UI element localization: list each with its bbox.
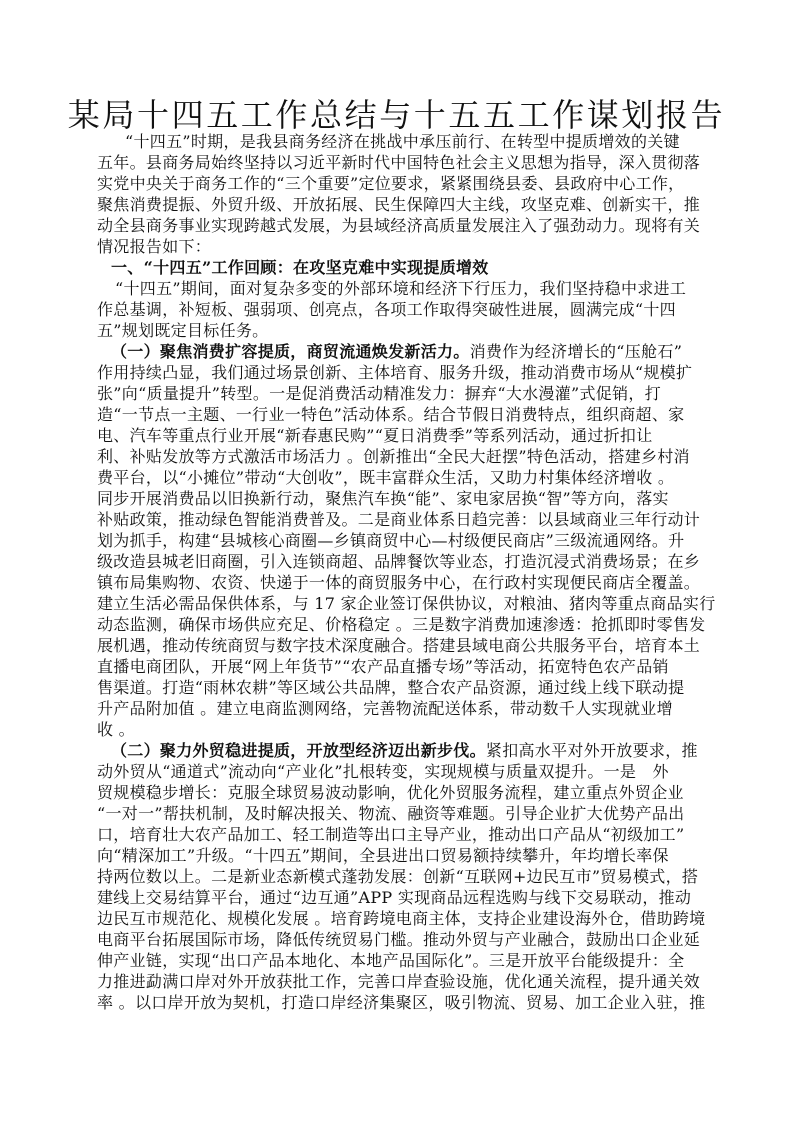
paragraph-line: 边民互市规范化、规模化发展 。培育跨境电商主体，支持企业建设海外仓，借助跨境 xyxy=(97,908,709,929)
paragraph-line: 动全县商务事业实现跨越式发展，为县域经济高质量发展注入了强劲动力。现将有关 xyxy=(97,215,709,236)
item-heading: （二）聚力外贸稳进提质，开放型经济迈出新步伐。 xyxy=(111,741,486,760)
item-2-paragraph: （二）聚力外贸稳进提质，开放型经济迈出新步伐。紧扣高水平对外开放要求，推 动外贸… xyxy=(97,740,709,1013)
paragraph-line: 同步开展消费品以旧换新行动，聚焦汽车换“能”、家电家居换“智”等方向，落实 xyxy=(97,488,709,509)
section-heading: 一、“十四五”工作回顾：在攻坚克难中实现提质增效 xyxy=(97,257,709,278)
paragraph-line: “十四五”时期，是我县商务经济在挑战中承压前行、在转型中提质增效的关键 xyxy=(97,131,709,152)
intro-paragraph: “十四五”时期，是我县商务经济在挑战中承压前行、在转型中提质增效的关键 五年。县… xyxy=(97,131,709,257)
paragraph-line: 费平台，以“小摊位”带动“大创收”，既丰富群众生活，又助力村集体经济增收 。 xyxy=(97,467,709,488)
paragraph-line: 向“精深加工”升级。“十四五”期间，全县进出口贸易额持续攀升，年均增长率保 xyxy=(97,845,709,866)
paragraph-line: 电、汽车等重点行业开展“新春惠民购”“夏日消费季”等系列活动，通过折扣让 xyxy=(97,425,709,446)
paragraph-line: （一）聚焦消费扩容提质，商贸流通焕发新活力。消费作为经济增长的“压舱石” xyxy=(97,341,709,362)
paragraph-line: 持两位数以上。二是新业态新模式蓬勃发展：创新“互联网+边民互市”贸易模式，搭 xyxy=(97,866,709,887)
paragraph-line: 率 。以口岸开放为契机，打造口岸经济集聚区，吸引物流、贸易、加工企业入驻，推 xyxy=(97,992,709,1013)
paragraph-line: 镇布局集购物、农资、快递于一体的商贸服务中心，在行政村实现便民商店全覆盖。 xyxy=(97,572,709,593)
paragraph-line: 力推进勐满口岸对外开放获批工作，完善口岸查验设施，优化通关流程，提升通关效 xyxy=(97,971,709,992)
paragraph-line: 贸规模稳步增长：克服全球贸易波动影响，优化外贸服务流程，建立重点外贸企业 xyxy=(97,782,709,803)
paragraph-line: 动态监测，确保市场供应充足、价格稳定 。三是数字消费加速渗透：抢抓即时零售发 xyxy=(97,614,709,635)
paragraph-line: 实党中央关于商务工作的“三个重要”定位要求，紧紧围绕县委、县政府中心工作， xyxy=(97,173,709,194)
paragraph-line: 电商平台拓展国际市场，降低传统贸易门槛。推动外贸与产业融合，鼓励出口企业延 xyxy=(97,929,709,950)
paragraph-line: “十四五”期间，面对复杂多变的外部环境和经济下行压力，我们坚持稳中求进工 xyxy=(97,278,709,299)
paragraph-line: 建线上交易结算平台，通过“边互通”APP 实现商品远程选购与线下交易联动，推动 xyxy=(97,887,709,908)
paragraph-line: 动外贸从“通道式”流动向“产业化”扎根转变，实现规模与质量双提升。一是 外 xyxy=(97,761,709,782)
paragraph-line: 作总基调，补短板、强弱项、创亮点，各项工作取得突破性进展，圆满完成“十四 xyxy=(97,299,709,320)
paragraph-line: 展机遇，推动传统商贸与数字技术深度融合。搭建县域电商公共服务平台，培育本土 xyxy=(97,635,709,656)
paragraph-line: 划为抓手，构建“县城核心商圈—乡镇商贸中心—村级便民商店”三级流通网络。升 xyxy=(97,530,709,551)
item-1-paragraph: （一）聚焦消费扩容提质，商贸流通焕发新活力。消费作为经济增长的“压舱石” 作用持… xyxy=(97,341,709,740)
paragraph-line: 收 。 xyxy=(97,719,709,740)
document-title: 某局十四五工作总结与十五五工作谋划报告 xyxy=(0,97,793,133)
paragraph-line: 伸产业链，实现“出口产品本地化、本地产品国际化”。三是开放平台能级提升：全 xyxy=(97,950,709,971)
paragraph-line: 五”规划既定目标任务。 xyxy=(97,320,709,341)
paragraph-line: 建立生活必需品保供体系，与 17 家企业签订保供协议，对粮油、猪肉等重点商品实行 xyxy=(97,593,709,614)
paragraph-line: 聚焦消费提振、外贸升级、开放拓展、民生保障四大主线，攻坚克难、创新实干，推 xyxy=(97,194,709,215)
paragraph-line: 作用持续凸显，我们通过场景创新、主体培育、服务升级，推动消费市场从“规模扩 xyxy=(97,362,709,383)
paragraph-line: 口，培育壮大农产品加工、轻工制造等出口主导产业，推动出口产品从“初级加工” xyxy=(97,824,709,845)
paragraph-line: 直播电商团队，开展“网上年货节”“农产品直播专场”等活动，拓宽特色农产品销 xyxy=(97,656,709,677)
paragraph-line: 售渠道。打造“雨林农耕”等区域公共品牌，整合农产品资源，通过线上线下联动提 xyxy=(97,677,709,698)
paragraph-text: 紧扣高水平对外开放要求，推 xyxy=(486,741,698,760)
paragraph-line: 升产品附加值 。建立电商监测网络，完善物流配送体系，带动数千人实现就业增 xyxy=(97,698,709,719)
paragraph-line: 张”向“质量提升”转型。一是促消费活动精准发力：摒弃“大水漫灌”式促销，打 xyxy=(97,383,709,404)
summary-paragraph: “十四五”期间，面对复杂多变的外部环境和经济下行压力，我们坚持稳中求进工 作总基… xyxy=(97,278,709,341)
paragraph-line: 五年。县商务局始终坚持以习近平新时代中国特色社会主义思想为指导，深入贯彻落 xyxy=(97,152,709,173)
paragraph-line: （二）聚力外贸稳进提质，开放型经济迈出新步伐。紧扣高水平对外开放要求，推 xyxy=(97,740,709,761)
document-body: “十四五”时期，是我县商务经济在挑战中承压前行、在转型中提质增效的关键 五年。县… xyxy=(97,131,709,1013)
paragraph-line: 利、补贴发放等方式激活市场活力 。创新推出“全民大赶摆”特色活动，搭建乡村消 xyxy=(97,446,709,467)
paragraph-line: “一对一”帮扶机制，及时解决报关、物流、融资等难题。引导企业扩大优势产品出 xyxy=(97,803,709,824)
item-heading: （一）聚焦消费扩容提质，商贸流通焕发新活力。 xyxy=(111,342,470,361)
paragraph-text: 消费作为经济增长的“压舱石” xyxy=(470,342,683,361)
paragraph-line: 造“一节点一主题、一行业一特色”活动体系。结合节假日消费特点，组织商超、家 xyxy=(97,404,709,425)
paragraph-line: 级改造县城老旧商圈，引入连锁商超、品牌餐饮等业态，打造沉浸式消费场景；在乡 xyxy=(97,551,709,572)
paragraph-line: 情况报告如下： xyxy=(97,236,709,257)
paragraph-line: 补贴政策，推动绿色智能消费普及。二是商业体系日趋完善：以县域商业三年行动计 xyxy=(97,509,709,530)
document-page: 某局十四五工作总结与十五五工作谋划报告 “十四五”时期，是我县商务经济在挑战中承… xyxy=(0,0,793,1121)
